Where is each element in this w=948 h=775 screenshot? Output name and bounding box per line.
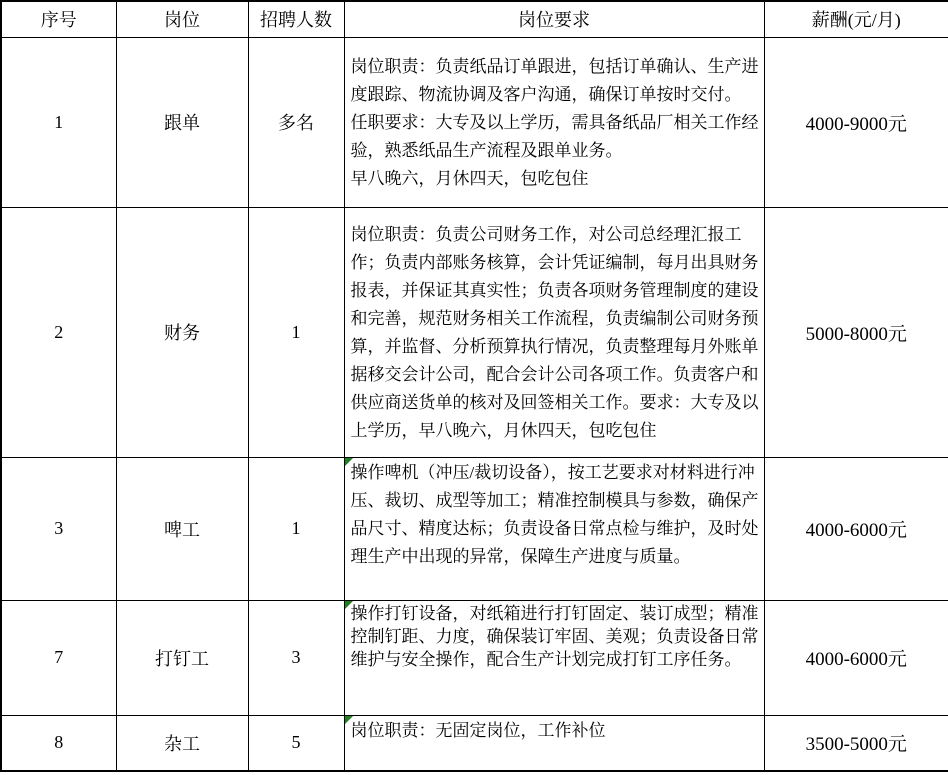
requirements-text: 操作打钉设备，对纸箱进行打钉固定、装订成型；精准控制钉距、力度，确保装订牢固、美… — [351, 604, 759, 669]
cell-no: 8 — [1, 715, 116, 771]
cell-requirements: 岗位职责：负责公司财务工作，对公司总经理汇报工作；负责内部账务核算，会计凭证编制… — [344, 207, 764, 457]
job-table: 序号 岗位 招聘人数 岗位要求 薪酬(元/月) 1 跟单 多名 岗位职责：负责纸… — [0, 0, 948, 772]
table-row: 3 啤工 1 操作啤机（冲压/裁切设备），按工艺要求对材料进行冲压、裁切、成型等… — [1, 457, 948, 600]
table-row: 7 打钉工 3 操作打钉设备，对纸箱进行打钉固定、装订成型；精准控制钉距、力度，… — [1, 600, 948, 715]
cell-headcount: 多名 — [248, 37, 344, 207]
cell-headcount: 5 — [248, 715, 344, 771]
table-header: 序号 岗位 招聘人数 岗位要求 薪酬(元/月) — [1, 1, 948, 37]
requirements-text: 操作啤机（冲压/裁切设备），按工艺要求对材料进行冲压、裁切、成型等加工；精准控制… — [351, 463, 759, 566]
cell-headcount: 3 — [248, 600, 344, 715]
table-row: 8 杂工 5 岗位职责：无固定岗位，工作补位 3500-5000元 — [1, 715, 948, 771]
column-header-requirements: 岗位要求 — [344, 1, 764, 37]
cell-no: 1 — [1, 37, 116, 207]
column-header-post: 岗位 — [116, 1, 248, 37]
cell-salary: 4000-6000元 — [764, 457, 948, 600]
table-row: 2 财务 1 岗位职责：负责公司财务工作，对公司总经理汇报工作；负责内部账务核算… — [1, 207, 948, 457]
cell-salary: 5000-8000元 — [764, 207, 948, 457]
error-marker-icon — [345, 458, 353, 466]
cell-post: 杂工 — [116, 715, 248, 771]
table-body: 1 跟单 多名 岗位职责：负责纸品订单跟进，包括订单确认、生产进度跟踪、物流协调… — [1, 37, 948, 771]
cell-requirements: 操作打钉设备，对纸箱进行打钉固定、装订成型；精准控制钉距、力度，确保装订牢固、美… — [344, 600, 764, 715]
cell-requirements: 岗位职责：负责纸品订单跟进，包括订单确认、生产进度跟踪、物流协调及客户沟通，确保… — [344, 37, 764, 207]
cell-post: 跟单 — [116, 37, 248, 207]
error-marker-icon — [345, 716, 353, 724]
cell-post: 财务 — [116, 207, 248, 457]
cell-post: 打钉工 — [116, 600, 248, 715]
cell-headcount: 1 — [248, 207, 344, 457]
cell-requirements: 岗位职责：无固定岗位，工作补位 — [344, 715, 764, 771]
cell-salary: 4000-9000元 — [764, 37, 948, 207]
requirements-text: 岗位职责：负责公司财务工作，对公司总经理汇报工作；负责内部账务核算，会计凭证编制… — [351, 225, 759, 440]
cell-no: 2 — [1, 207, 116, 457]
column-header-salary: 薪酬(元/月) — [764, 1, 948, 37]
requirements-text: 岗位职责：负责纸品订单跟进，包括订单确认、生产进度跟踪、物流协调及客户沟通，确保… — [351, 57, 759, 188]
cell-salary: 3500-5000元 — [764, 715, 948, 771]
cell-requirements: 操作啤机（冲压/裁切设备），按工艺要求对材料进行冲压、裁切、成型等加工；精准控制… — [344, 457, 764, 600]
column-header-headcount: 招聘人数 — [248, 1, 344, 37]
cell-post: 啤工 — [116, 457, 248, 600]
cell-no: 3 — [1, 457, 116, 600]
requirements-text: 岗位职责：无固定岗位，工作补位 — [351, 721, 606, 740]
cell-headcount: 1 — [248, 457, 344, 600]
column-header-no: 序号 — [1, 1, 116, 37]
header-row: 序号 岗位 招聘人数 岗位要求 薪酬(元/月) — [1, 1, 948, 37]
error-marker-icon — [345, 601, 353, 609]
cell-no: 7 — [1, 600, 116, 715]
cell-salary: 4000-6000元 — [764, 600, 948, 715]
table-row: 1 跟单 多名 岗位职责：负责纸品订单跟进，包括订单确认、生产进度跟踪、物流协调… — [1, 37, 948, 207]
